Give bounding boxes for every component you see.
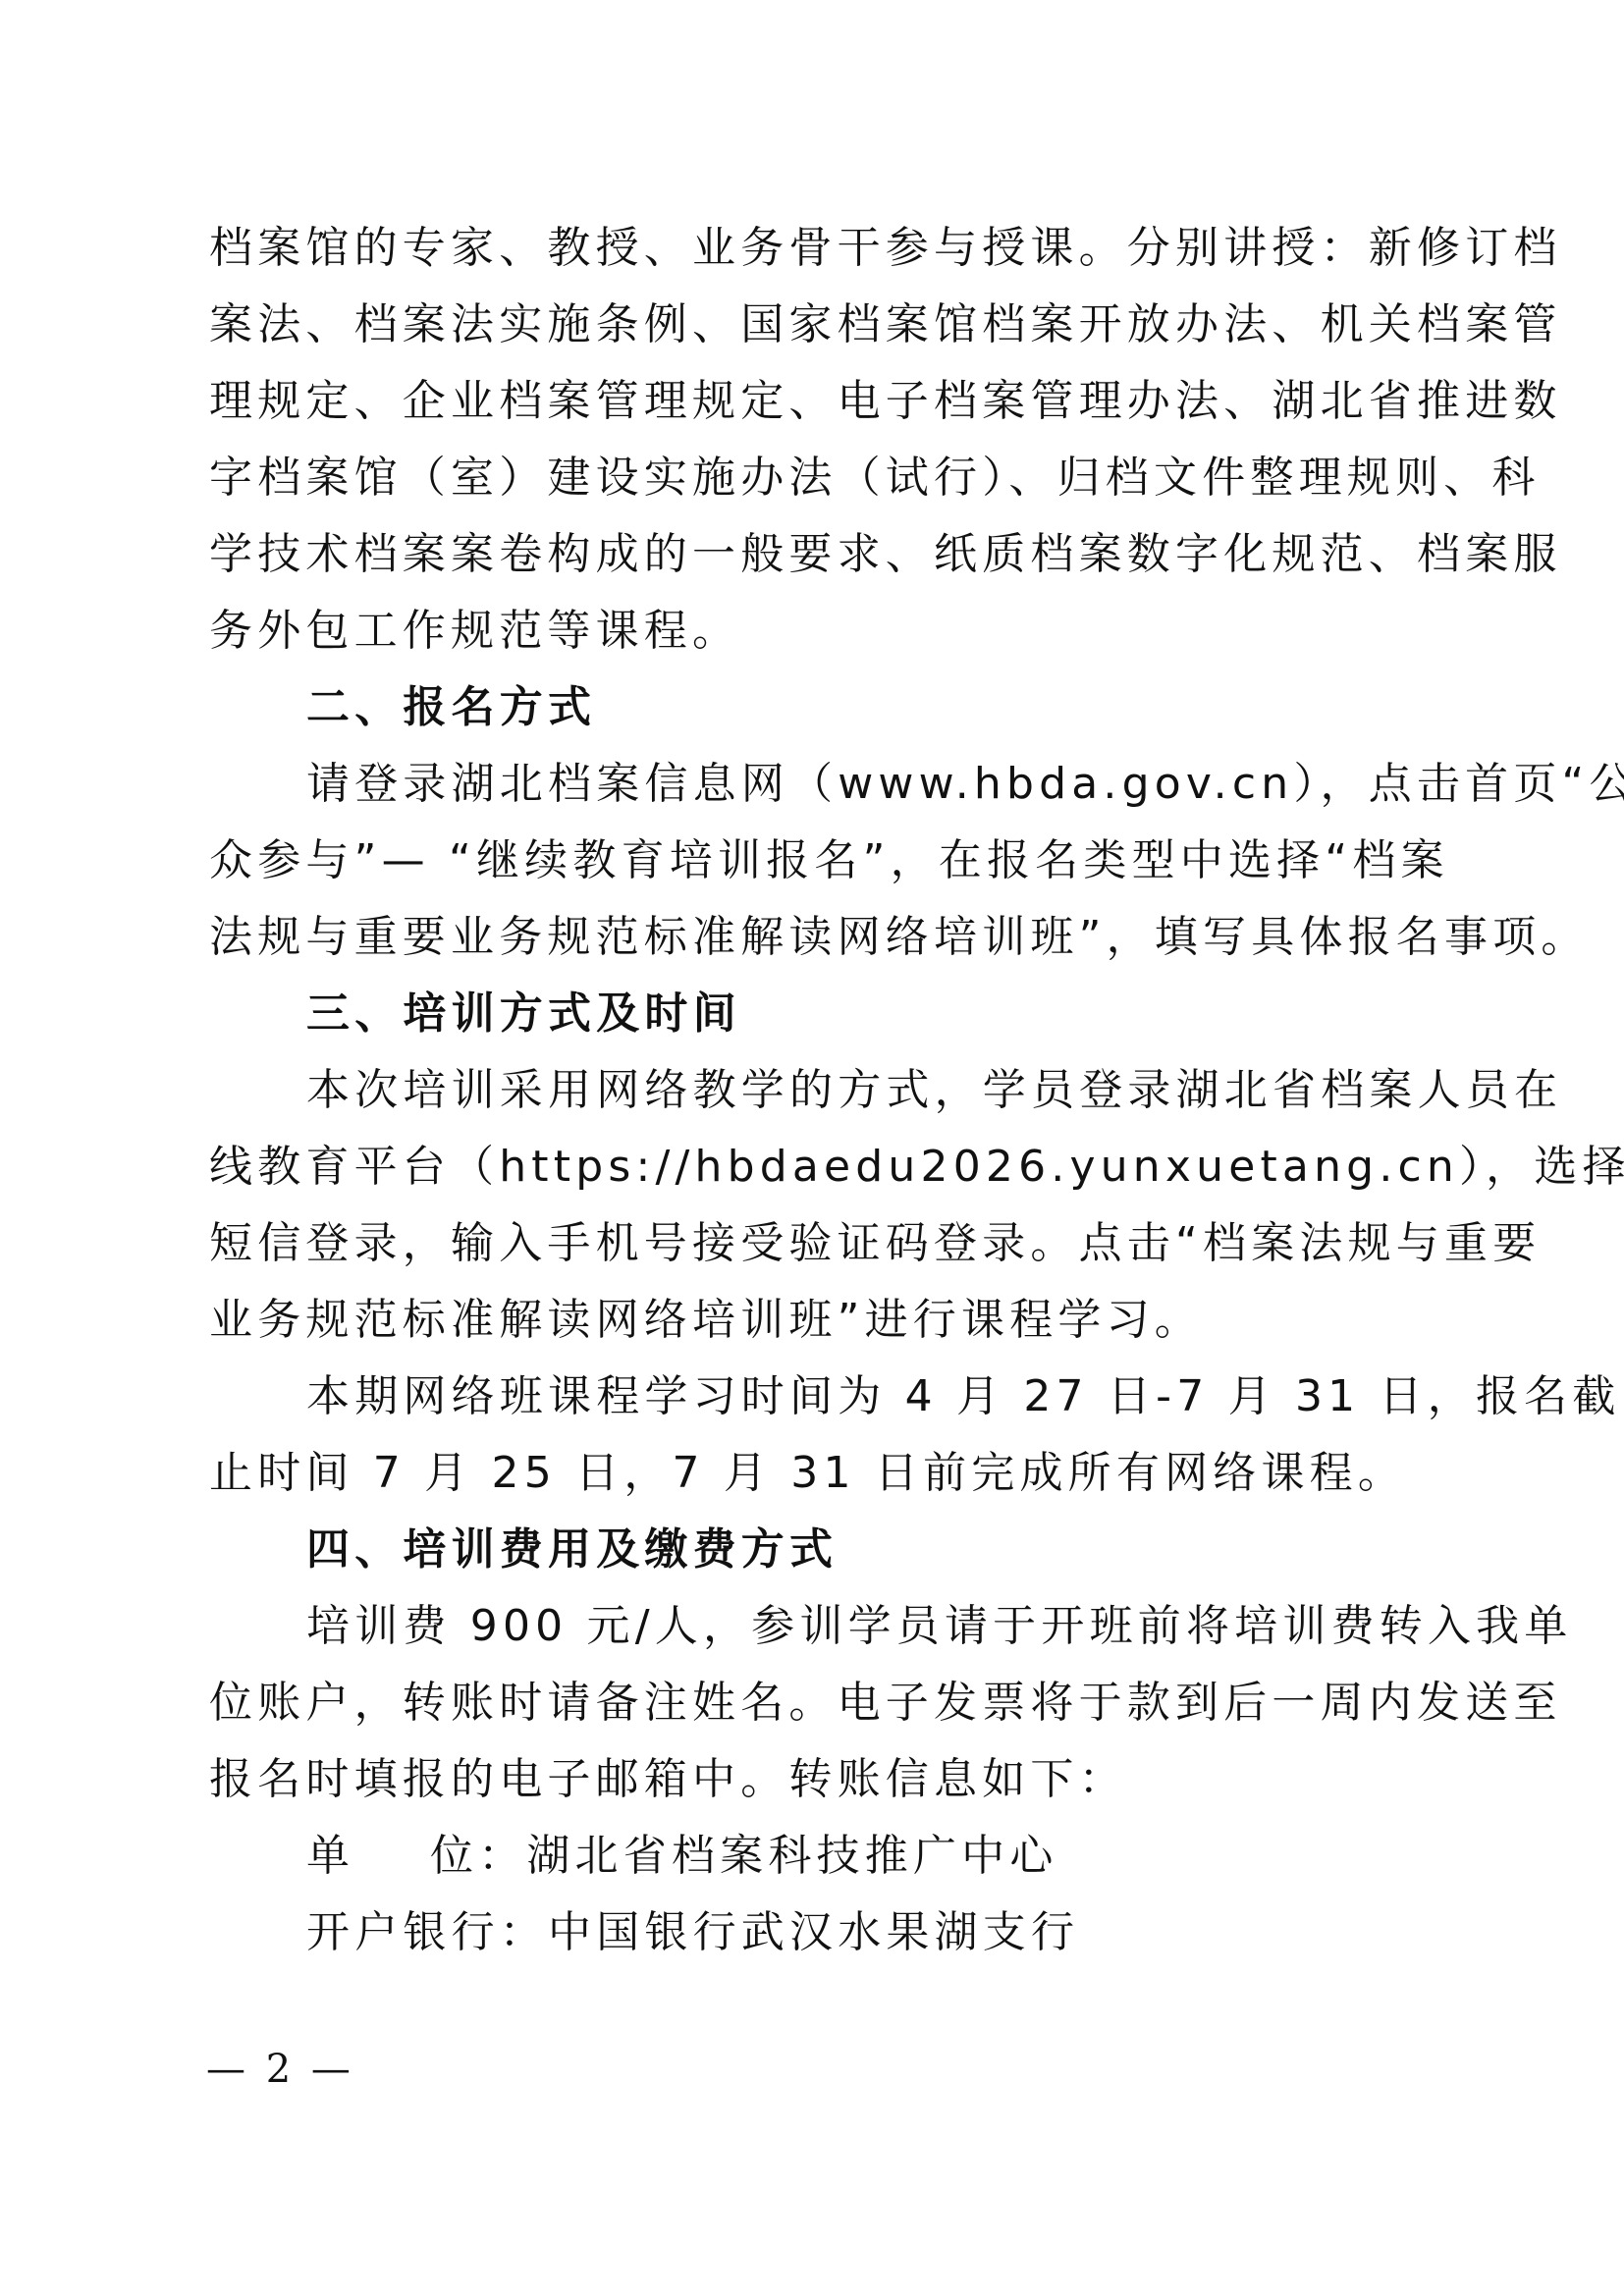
document-page: 档案馆的专家、教授、业务骨干参与授课。分别讲授：新修订档 案法、档案法实施条例、… xyxy=(209,210,1432,1971)
body-line: 务外包工作规范等课程。 xyxy=(209,593,1432,669)
body-line: 理规定、企业档案管理规定、电子档案管理办法、湖北省推进数 xyxy=(209,363,1432,440)
body-line: 培训费 900 元/人，参训学员请于开班前将培训费转入我单 xyxy=(209,1588,1432,1665)
body-line: 学技术档案案卷构成的一般要求、纸质档案数字化规范、档案服 xyxy=(209,516,1432,593)
body-line: 线教育平台（https://hbdaedu2026.yunxuetang.cn）… xyxy=(209,1129,1432,1205)
body-line: 本次培训采用网络教学的方式，学员登录湖北省档案人员在 xyxy=(209,1052,1432,1129)
section-heading-training-method: 三、培训方式及时间 xyxy=(209,976,1432,1052)
body-line: 报名时填报的电子邮箱中。转账信息如下： xyxy=(209,1741,1432,1818)
body-line: 位账户，转账时请备注姓名。电子发票将于款到后一周内发送至 xyxy=(209,1665,1432,1741)
body-line: 字档案馆（室）建设实施办法（试行）、归档文件整理规则、科 xyxy=(209,440,1432,516)
body-line: 众参与”— “继续教育培训报名”，在报名类型中选择“档案 xyxy=(209,823,1432,899)
account-bank-line: 开户银行：中国银行武汉水果湖支行 xyxy=(209,1895,1432,1971)
page-number: — 2 — xyxy=(206,2047,354,2092)
body-line: 法规与重要业务规范标准解读网络培训班”，填写具体报名事项。 xyxy=(209,899,1432,976)
body-line: 请登录湖北档案信息网（www.hbda.gov.cn），点击首页“公 xyxy=(209,746,1432,823)
section-heading-registration: 二、报名方式 xyxy=(209,669,1432,746)
section-heading-fees: 四、培训费用及缴费方式 xyxy=(209,1512,1432,1588)
body-line: 本期网络班课程学习时间为 4 月 27 日-7 月 31 日，报名截 xyxy=(209,1359,1432,1435)
body-line: 业务规范标准解读网络培训班”进行课程学习。 xyxy=(209,1282,1432,1359)
body-line: 案法、档案法实施条例、国家档案馆档案开放办法、机关档案管 xyxy=(209,287,1432,363)
body-line: 档案馆的专家、教授、业务骨干参与授课。分别讲授：新修订档 xyxy=(209,210,1432,287)
account-unit-line: 单 位：湖北省档案科技推广中心 xyxy=(209,1818,1432,1895)
body-line: 短信登录，输入手机号接受验证码登录。点击“档案法规与重要 xyxy=(209,1205,1432,1282)
body-line: 止时间 7 月 25 日，7 月 31 日前完成所有网络课程。 xyxy=(209,1435,1432,1512)
